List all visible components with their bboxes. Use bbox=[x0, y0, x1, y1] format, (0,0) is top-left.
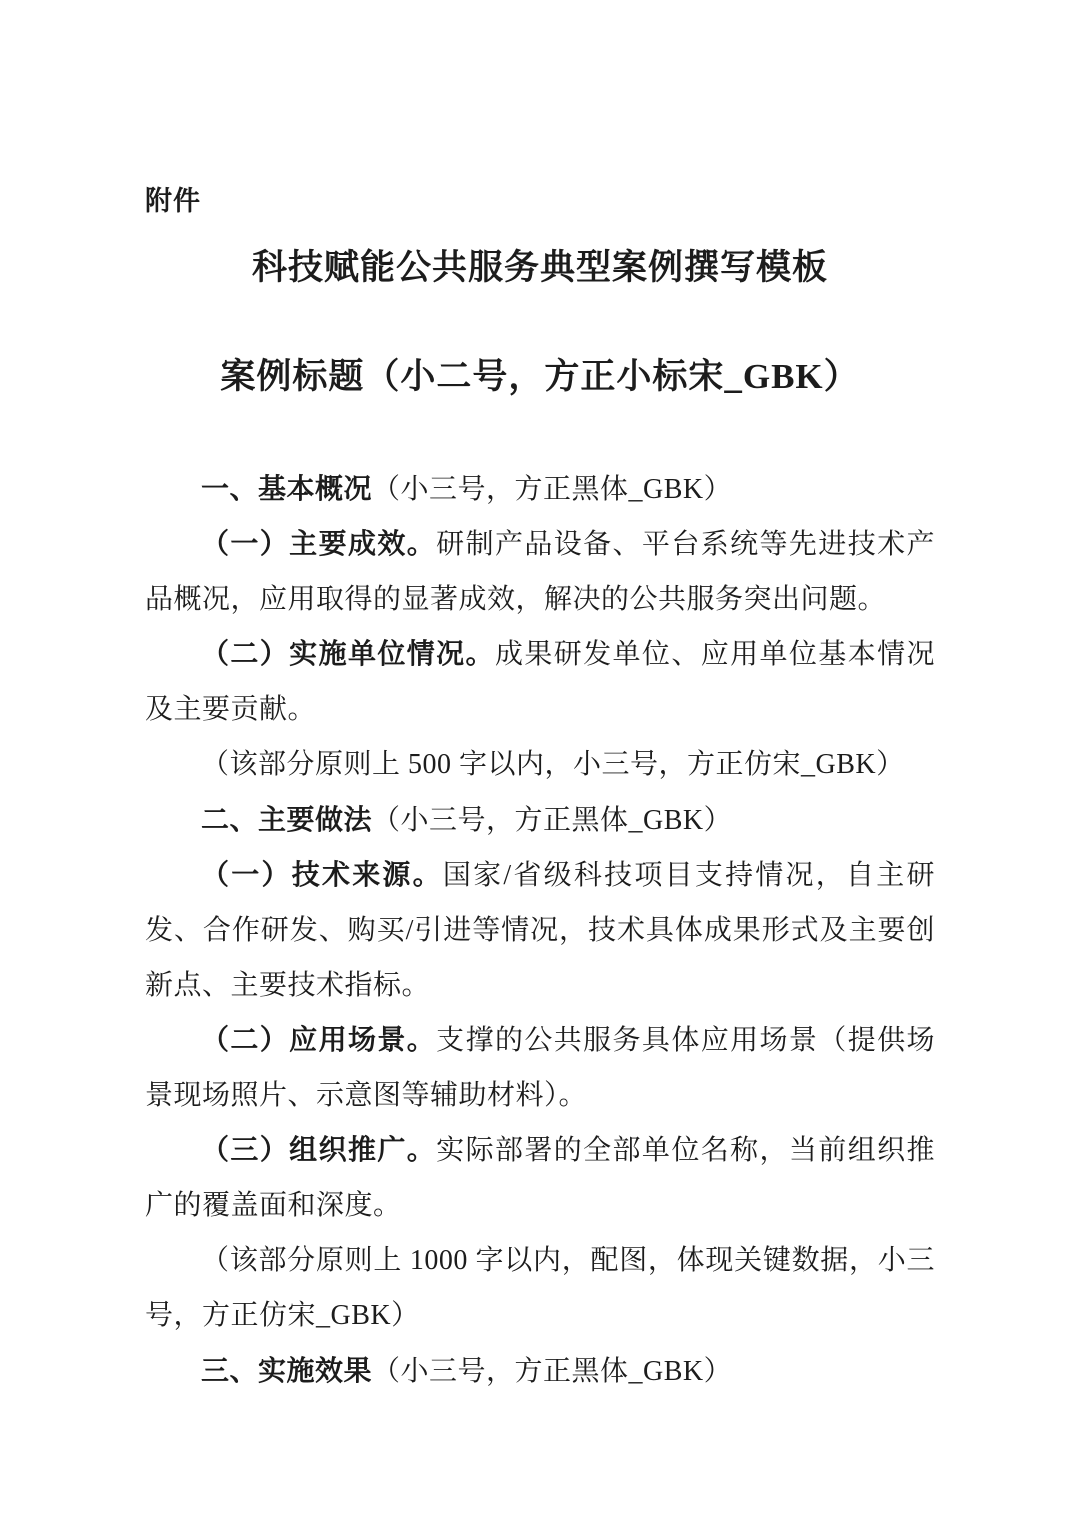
note-1000-words: （该部分原则上 1000 字以内，配图，体现关键数据，小三号，方正仿宋_GBK） bbox=[145, 1233, 935, 1343]
paragraph-implementing-units-lead: （二）实施单位情况。 bbox=[201, 639, 495, 670]
document-page: 附件 科技赋能公共服务典型案例撰写模板 案例标题（小二号，方正小标宋_GBK） … bbox=[0, 0, 1080, 1527]
section-heading-2-label: 二、主要做法 bbox=[201, 804, 372, 835]
note-1000-words-text: （该部分原则上 1000 字以内，配图，体现关键数据，小三号，方正仿宋_GBK） bbox=[145, 1245, 935, 1331]
paragraph-organization-promotion-lead: （三）组织推广。 bbox=[201, 1135, 436, 1166]
paragraph-application-scenario: （二）应用场景。支撑的公共服务具体应用场景（提供场景现场照片、示意图等辅助材料）… bbox=[145, 1013, 935, 1123]
paragraph-application-scenario-lead: （二）应用场景。 bbox=[201, 1025, 436, 1056]
paragraph-implementing-units: （二）实施单位情况。成果研发单位、应用单位基本情况及主要贡献。 bbox=[145, 627, 935, 737]
section-heading-3: 三、实施效果（小三号，方正黑体_GBK） bbox=[145, 1343, 935, 1399]
paragraph-main-results-lead: （一）主要成效。 bbox=[201, 529, 436, 560]
attachment-label: 附件 bbox=[145, 183, 935, 219]
case-title-placeholder: 案例标题（小二号，方正小标宋_GBK） bbox=[145, 353, 935, 401]
section-heading-2: 二、主要做法（小三号，方正黑体_GBK） bbox=[145, 792, 935, 848]
section-heading-1-fontnote: （小三号，方正黑体_GBK） bbox=[372, 474, 732, 505]
section-heading-2-fontnote: （小三号，方正黑体_GBK） bbox=[372, 805, 732, 836]
note-500-words-text: （该部分原则上 500 字以内，小三号，方正仿宋_GBK） bbox=[201, 749, 905, 780]
section-heading-3-label: 三、实施效果 bbox=[201, 1355, 372, 1386]
section-heading-3-fontnote: （小三号，方正黑体_GBK） bbox=[372, 1356, 732, 1387]
paragraph-organization-promotion: （三）组织推广。实际部署的全部单位名称，当前组织推广的覆盖面和深度。 bbox=[145, 1123, 935, 1233]
document-body: 一、基本概况（小三号，方正黑体_GBK） （一）主要成效。研制产品设备、平台系统… bbox=[145, 461, 935, 1399]
note-500-words: （该部分原则上 500 字以内，小三号，方正仿宋_GBK） bbox=[145, 737, 935, 792]
document-title: 科技赋能公共服务典型案例撰写模板 bbox=[145, 245, 935, 291]
paragraph-technology-source: （一）技术来源。国家/省级科技项目支持情况，自主研发、合作研发、购买/引进等情况… bbox=[145, 848, 935, 1013]
section-heading-1: 一、基本概况（小三号，方正黑体_GBK） bbox=[145, 461, 935, 517]
paragraph-technology-source-lead: （一）技术来源。 bbox=[201, 860, 443, 891]
section-heading-1-label: 一、基本概况 bbox=[201, 473, 372, 504]
paragraph-main-results: （一）主要成效。研制产品设备、平台系统等先进技术产品概况，应用取得的显著成效，解… bbox=[145, 517, 935, 627]
